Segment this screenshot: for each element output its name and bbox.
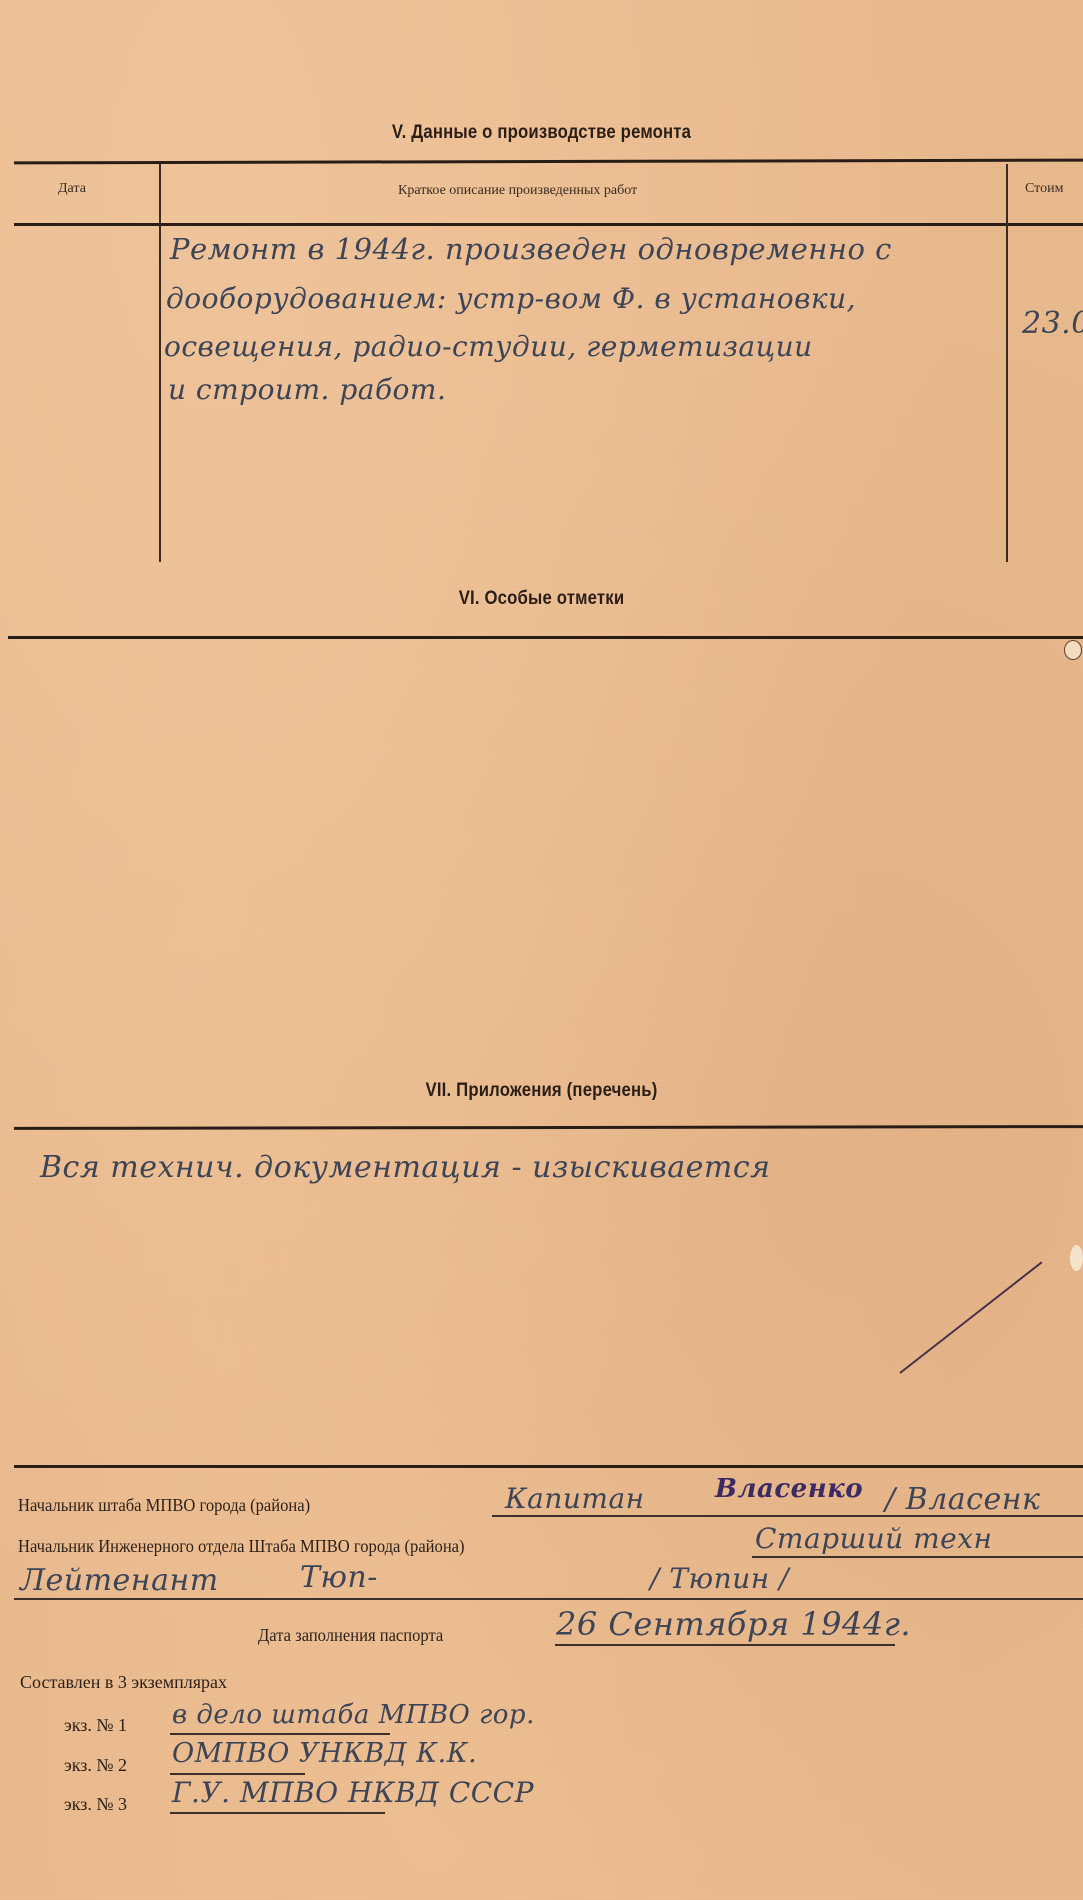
copy-1-fill-line xyxy=(170,1733,390,1735)
column-divider-2 xyxy=(1006,164,1008,562)
copy-2-value: ОМПВО УНКВД К.К. xyxy=(172,1738,477,1769)
copy-3-fill-line xyxy=(170,1812,385,1814)
chief-engineering-rank-cont: Лейтенант xyxy=(20,1563,219,1598)
chief-of-staff-fill-line xyxy=(492,1515,1083,1517)
fill-date-label: Дата заполнения паспорта xyxy=(258,1625,443,1646)
copy-1-label: экз. № 1 xyxy=(64,1715,127,1736)
fill-date-value: 26 Сентября 1944г. xyxy=(556,1605,911,1643)
section-5-title: V. Данные о производстве ремонта xyxy=(65,122,1018,144)
section-7-title: VII. Приложения (перечень) xyxy=(65,1080,1018,1102)
chief-engineering-rank: Старший техн xyxy=(755,1522,992,1555)
section-6-rule xyxy=(8,636,1083,639)
chief-of-staff-label: Начальник штаба МПВО города (района) xyxy=(18,1495,310,1516)
chief-engineering-name: / Тюпин / xyxy=(650,1562,789,1595)
copies-title: Составлен в 3 экземплярах xyxy=(20,1672,227,1693)
copy-3-value: Г.У. МПВО НКВД СССР xyxy=(172,1776,534,1809)
column-divider-1 xyxy=(159,164,161,562)
paper-damage-mark xyxy=(1064,640,1082,660)
chief-engineering-label: Начальник Инженерного отдела Штаба МПВО … xyxy=(18,1536,465,1557)
section-6-title: VI. Особые отметки xyxy=(65,588,1018,610)
chief-of-staff-signature: Власенко xyxy=(715,1474,863,1504)
column-header-cost: Стоим xyxy=(1025,181,1063,197)
fill-date-fill-line xyxy=(555,1644,895,1646)
repair-description-line-3: освещения, радио-студии, герметизации xyxy=(164,330,813,363)
attachments-entry: Вся технич. документация - изыскивается xyxy=(40,1150,771,1185)
repair-description-line-4: и строит. работ. xyxy=(168,373,446,406)
table-header-bottom-rule xyxy=(14,223,1083,226)
copy-2-label: экз. № 2 xyxy=(64,1755,127,1776)
table-top-rule xyxy=(14,159,1083,165)
repair-description-line-2: дооборудованием: устр-вом Ф. в установки… xyxy=(166,282,856,315)
chief-of-staff-name: / Власенк xyxy=(885,1482,1040,1517)
copy-1-value: в дело штаба МПВО гор. xyxy=(172,1700,535,1730)
signatures-top-rule xyxy=(14,1465,1083,1468)
ink-stroke-decoration xyxy=(899,1261,1042,1373)
repair-description-line-1: Ремонт в 1944г. произведен одновременно … xyxy=(170,232,892,266)
copy-3-label: экз. № 3 xyxy=(64,1794,127,1815)
chief-engineering-fill-line xyxy=(752,1556,1083,1558)
chief-engineering-signature: Тюп- xyxy=(300,1560,378,1595)
paper-damage-mark xyxy=(1070,1245,1083,1271)
repair-cost-value: 23.0 xyxy=(1022,306,1083,341)
column-header-date: Дата xyxy=(58,181,86,197)
column-header-description: Краткое описание произведенных работ xyxy=(398,183,637,199)
chief-of-staff-rank: Капитан xyxy=(505,1482,645,1515)
section-7-rule xyxy=(14,1125,1083,1130)
chief-engineering-fill-line-2 xyxy=(14,1598,1083,1600)
copy-2-fill-line xyxy=(170,1773,305,1775)
